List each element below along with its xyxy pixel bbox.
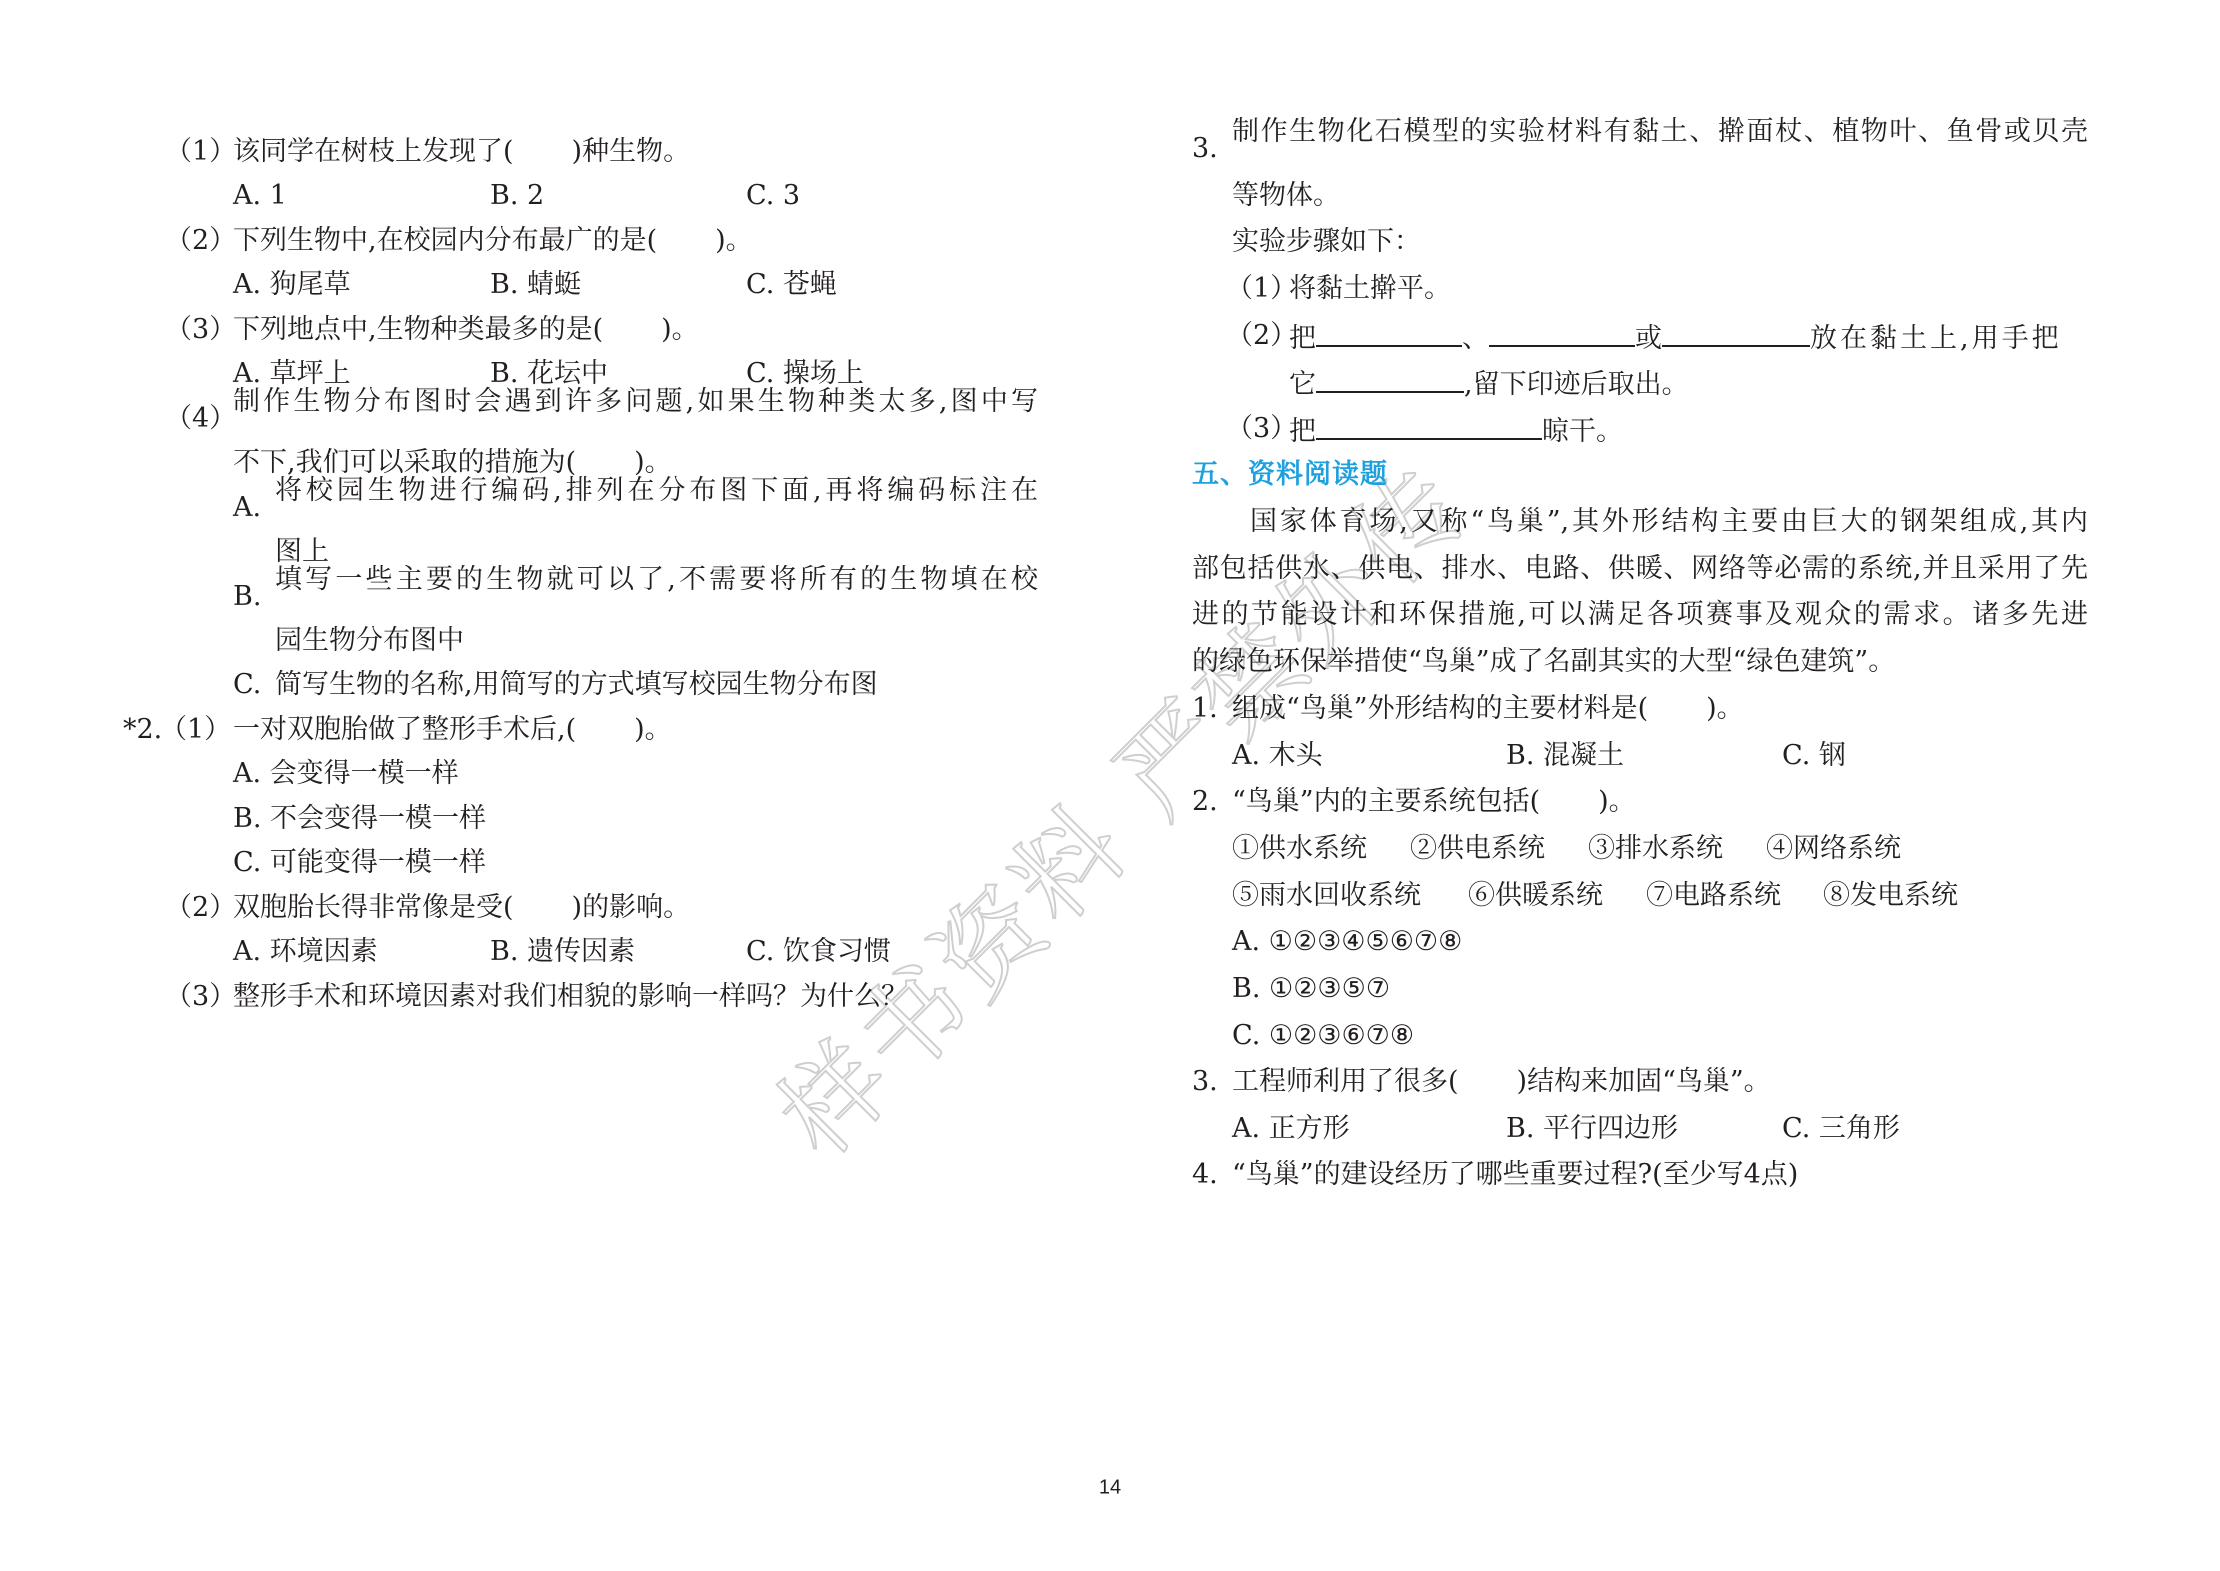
option-label: C. (233, 668, 261, 702)
question-text: “鸟巢”的建设经历了哪些重要过程?(至少写4点) (1232, 1158, 1798, 1192)
question-text: 组成“鸟巢”外形结构的主要材料是()。 (1232, 692, 1744, 726)
question-number: 1. (1192, 692, 1218, 726)
reading-paragraph-line-3: 进的节能设计和环保措施,可以满足各项赛事及观众的需求。诸多先进 (1192, 598, 2088, 632)
question-number: 4. (1192, 1158, 1218, 1192)
answer-area[interactable] (1232, 1200, 2082, 1420)
option-a[interactable]: A. 1 (233, 179, 287, 213)
option-label: B. (233, 580, 261, 614)
option-b[interactable]: B. ①②③⑤⑦ (1232, 972, 1390, 1006)
question-text: 双胞胎长得非常像是受()的影响。 (233, 891, 690, 925)
question-text: 等物体。 (1232, 179, 1340, 213)
question-number: （2） (165, 891, 236, 925)
step-text: 它,留下印迹后取出。 (1289, 365, 1689, 402)
option-text: 园生物分布图中 (275, 624, 464, 658)
question-number: （2） (165, 224, 236, 258)
question-number: 3. (1192, 132, 1218, 166)
question-number: （3） (165, 313, 236, 347)
question-text: “鸟巢”内的主要系统包括()。 (1232, 785, 1636, 819)
step-text: 将黏土擀平。 (1289, 272, 1451, 306)
option-c[interactable]: C. 饮食习惯 (746, 935, 891, 969)
reading-paragraph-line-2: 部包括供水、供电、排水、电路、供暖、网络等必需的系统,并且采用了先 (1192, 552, 2088, 586)
question-number: （1） (165, 135, 236, 169)
option-label: A. (233, 491, 261, 525)
option-b[interactable]: B. 混凝土 (1506, 739, 1624, 773)
option-a[interactable]: A. 木头 (1232, 739, 1323, 773)
question-text: 下列地点中,生物种类最多的是()。 (233, 313, 699, 347)
option-a[interactable]: A. 环境因素 (233, 935, 378, 969)
question-prefix: *2. (123, 713, 162, 747)
step-text: 把晾干。 (1289, 412, 1623, 449)
fill-blank-1[interactable] (1316, 319, 1462, 347)
option-a[interactable]: A. 狗尾草 (233, 268, 351, 302)
fill-blank-5[interactable] (1316, 412, 1542, 440)
step-number: （2） (1226, 319, 1297, 353)
system-item: ⑤雨水回收系统 (1232, 879, 1421, 913)
question-text: 整形手术和环境因素对我们相貌的影响一样吗？为什么？ (233, 980, 908, 1014)
option-c[interactable]: C. 苍蝇 (746, 268, 837, 302)
option-b[interactable]: B. 遗传因素 (490, 935, 635, 969)
question-number: （1） (160, 713, 231, 747)
option-text: 填写一些主要的生物就可以了,不需要将所有的生物填在校 (275, 563, 1038, 597)
question-text: 一对双胞胎做了整形手术后,()。 (233, 713, 672, 747)
fill-blank-4[interactable] (1316, 365, 1464, 393)
system-item: ⑧发电系统 (1823, 879, 1958, 913)
section-heading: 五、资料阅读题 (1192, 458, 1388, 492)
answer-area[interactable] (233, 1025, 1033, 1405)
option-c[interactable]: C. 可能变得一模一样 (233, 846, 486, 880)
system-item: ②供电系统 (1410, 832, 1545, 866)
step-number: （1） (1226, 272, 1297, 306)
question-text: 下列生物中,在校园内分布最广的是()。 (233, 224, 753, 258)
option-b[interactable]: B. 2 (490, 179, 544, 213)
option-b[interactable]: B. 蜻蜓 (490, 268, 581, 302)
fill-blank-3[interactable] (1662, 319, 1810, 347)
question-text: 该同学在树枝上发现了()种生物。 (233, 135, 690, 169)
question-text: 工程师利用了很多()结构来加固“鸟巢”。 (1232, 1065, 1771, 1099)
option-a[interactable]: A. ①②③④⑤⑥⑦⑧ (1232, 925, 1462, 959)
question-text: 制作生物化石模型的实验材料有黏土、擀面杖、植物叶、鱼骨或贝壳 (1232, 115, 2088, 149)
option-b[interactable]: B. 平行四边形 (1506, 1112, 1678, 1146)
system-item: ⑦电路系统 (1646, 879, 1781, 913)
option-a[interactable]: A. 正方形 (1232, 1112, 1350, 1146)
worksheet-page: 样书资料 严禁外传 （1） 该同学在树枝上发现了()种生物。 A. 1 B. 2… (0, 0, 2220, 1571)
step-number: （3） (1226, 412, 1297, 446)
system-item: ③排水系统 (1588, 832, 1723, 866)
option-text: 将校园生物进行编码,排列在分布图下面,再将编码标注在 (275, 474, 1038, 508)
option-c[interactable]: C. ①②③⑥⑦⑧ (1232, 1019, 1414, 1053)
system-item: ⑥供暖系统 (1468, 879, 1603, 913)
option-b[interactable]: B. 不会变得一模一样 (233, 802, 486, 836)
question-number: （4） (165, 402, 236, 436)
option-c[interactable]: C. 钢 (1782, 739, 1846, 773)
steps-intro-text: 实验步骤如下： (1232, 225, 1421, 259)
fill-blank-2[interactable] (1489, 319, 1635, 347)
option-a[interactable]: A. 会变得一模一样 (233, 757, 459, 791)
question-text: 制作生物分布图时会遇到许多问题,如果生物种类太多,图中写 (233, 385, 1038, 419)
reading-paragraph-line-4: 的绿色环保举措使“鸟巢”成了名副其实的大型“绿色建筑”。 (1192, 645, 1895, 679)
question-number: （3） (165, 980, 236, 1014)
option-c[interactable]: C. 三角形 (1782, 1112, 1900, 1146)
option-c[interactable]: C. 3 (746, 179, 800, 213)
page-number: 14 (1099, 1477, 1121, 1500)
reading-paragraph-line-1: 国家体育场,又称“鸟巢”,其外形结构主要由巨大的钢架组成,其内 (1250, 505, 2088, 539)
option-text: 简写生物的名称,用简写的方式填写校园生物分布图 (275, 668, 878, 702)
system-item: ④网络系统 (1766, 832, 1901, 866)
question-number: 3. (1192, 1065, 1218, 1099)
step-text: 把、或放在黏土上,用手把 (1289, 319, 2062, 356)
question-number: 2. (1192, 785, 1218, 819)
system-item: ①供水系统 (1232, 832, 1367, 866)
